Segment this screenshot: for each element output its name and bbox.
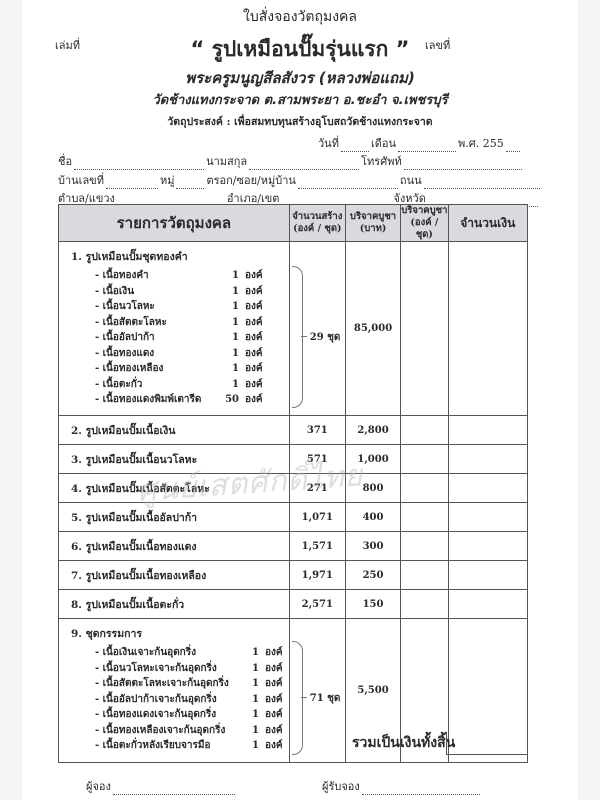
produced-value: 29 ชุด bbox=[310, 330, 341, 345]
amount-input[interactable] bbox=[448, 561, 527, 590]
receiver-signature: ผู้รับจอง bbox=[322, 777, 482, 795]
group-items: - เนื้อทองคำ1องค์- เนื้อเงิน1องค์- เนื้อ… bbox=[71, 268, 289, 408]
donation-cell: 150 bbox=[345, 590, 400, 619]
donation-cell: 85,000 bbox=[345, 242, 400, 416]
sub-item-name: - เนื้อทองเหลืองเจาะก้นอุดกริ่ง bbox=[71, 723, 245, 738]
road-field[interactable] bbox=[424, 176, 540, 189]
group-items: - เนื้อเงินเจาะก้นอุดกริ่ง1องค์- เนื้อนว… bbox=[71, 645, 289, 754]
sub-item-name: - เนื้อทองแดงพิมพ์เตารีด bbox=[71, 392, 225, 407]
group-gold-set: 1. รูปเหมือนปั๊มชุดทองคำ - เนื้อทองคำ1อง… bbox=[59, 242, 290, 416]
item-name: 7. รูปเหมือนปั๊มเนื้อทองเหลือง bbox=[59, 561, 290, 590]
brace-icon bbox=[292, 266, 303, 408]
sub-item-name: - เนื้อทองเหลือง bbox=[71, 361, 225, 376]
phone-field[interactable] bbox=[404, 157, 522, 170]
sub-item: - เนื้อนวโลหะเจาะก้นอุดกริ่ง1องค์ bbox=[71, 661, 289, 677]
table-row: 7. รูปเหมือนปั๊มเนื้อทองเหลือง1,971250 bbox=[59, 561, 528, 590]
sub-item: - เนื้อทองเหลือง1องค์ bbox=[71, 361, 289, 377]
sub-item: - เนื้อเงินเจาะก้นอุดกริ่ง1องค์ bbox=[71, 645, 289, 661]
first-name-label: ชื่อ bbox=[58, 152, 72, 170]
sub-item-qty: 50 bbox=[225, 394, 239, 405]
grand-total-input[interactable] bbox=[446, 732, 528, 755]
sub-item: - เนื้อตะกั่วหลังเรียบจารมือ1องค์ bbox=[71, 738, 289, 754]
item-name: 3. รูปเหมือนปั๊มเนื้อนวโลหะ bbox=[59, 445, 290, 474]
sub-item: - เนื้ออัลปาก้า1องค์ bbox=[71, 330, 289, 346]
orderer-label: ผู้จอง bbox=[86, 777, 111, 795]
sub-item-unit: องค์ bbox=[245, 299, 263, 314]
sub-item-unit: องค์ bbox=[265, 661, 283, 676]
donation-qty-input[interactable] bbox=[401, 416, 448, 445]
temple-address: วัดช้างแทงกระจาด ต.สามพระยา อ.ชะอำ จ.เพช… bbox=[22, 89, 578, 110]
sub-item-unit: องค์ bbox=[245, 268, 263, 283]
produced-cell: 71 ชุด bbox=[289, 619, 345, 763]
sub-item-qty: 1 bbox=[245, 663, 259, 674]
table-header-row: รายการวัตถุมงคล จำนวนสร้าง (องค์ / ชุด) … bbox=[59, 205, 528, 242]
donation-qty-input[interactable] bbox=[401, 532, 448, 561]
sub-item-qty: 1 bbox=[225, 379, 239, 390]
item-name: 6. รูปเหมือนปั๊มเนื้อทองแดง bbox=[59, 532, 290, 561]
sub-item-qty: 1 bbox=[225, 301, 239, 312]
donation-qty-input[interactable] bbox=[401, 445, 448, 474]
sub-item-name: - เนื้อทองแดงเจาะก้นอุดกริ่ง bbox=[71, 707, 245, 722]
sub-item: - เนื้อสัตตะโลหะเจาะก้นอุดกริ่ง1องค์ bbox=[71, 676, 289, 692]
brace-icon bbox=[292, 641, 303, 755]
last-name-label: นามสกุล bbox=[206, 152, 247, 170]
receiver-label: ผู้รับจอง bbox=[322, 777, 360, 795]
table-row: 1. รูปเหมือนปั๊มชุดทองคำ - เนื้อทองคำ1อง… bbox=[59, 242, 528, 416]
last-name-field[interactable] bbox=[249, 157, 359, 170]
sub-item-unit: องค์ bbox=[245, 377, 263, 392]
sub-item: - เนื้อนวโลหะ1องค์ bbox=[71, 299, 289, 315]
sub-item-qty: 1 bbox=[225, 348, 239, 359]
donation-cell: 2,800 bbox=[345, 416, 400, 445]
sub-item-name: - เนื้อสัตตะโลหะ bbox=[71, 315, 225, 330]
sub-item: - เนื้ออัลปาก้าเจาะก้นอุดกริ่ง1องค์ bbox=[71, 692, 289, 708]
table-row: 3. รูปเหมือนปั๊มเนื้อนวโลหะ5711,000 bbox=[59, 445, 528, 474]
house-no-field[interactable] bbox=[106, 176, 158, 189]
produced-cell: 2,571 bbox=[289, 590, 345, 619]
table-row: 4. รูปเหมือนปั๊มเนื้อสัตตะโลหะ271800 bbox=[59, 474, 528, 503]
house-no-label: บ้านเลขที่ bbox=[58, 171, 104, 189]
donation-qty-input[interactable] bbox=[401, 474, 448, 503]
item-name: 2. รูปเหมือนปั๊มเนื้อเงิน bbox=[59, 416, 290, 445]
header-produced: จำนวนสร้าง (องค์ / ชุด) bbox=[289, 205, 345, 242]
amount-input[interactable] bbox=[448, 445, 527, 474]
sub-item: - เนื้อทองแดงพิมพ์เตารีด50องค์ bbox=[71, 392, 289, 408]
donation-cell: 250 bbox=[345, 561, 400, 590]
alley-label: ตรอก/ซอย/หมู่บ้าน bbox=[206, 171, 295, 189]
road-label: ถนน bbox=[400, 171, 422, 189]
sub-item-name: - เนื้อตะกั่วหลังเรียบจารมือ bbox=[71, 738, 245, 753]
sub-item-unit: องค์ bbox=[245, 330, 263, 345]
sub-item-name: - เนื้อตะกั่ว bbox=[71, 377, 225, 392]
sub-item-unit: องค์ bbox=[245, 315, 263, 330]
produced-cell: 1,071 bbox=[289, 503, 345, 532]
sub-item-unit: องค์ bbox=[245, 346, 263, 361]
date-row: วันที่ เดือน พ.ศ. 255 bbox=[318, 134, 522, 152]
header-produced-line1: จำนวนสร้าง bbox=[290, 211, 345, 223]
donation-cell: 300 bbox=[345, 532, 400, 561]
group-title: 1. รูปเหมือนปั๊มชุดทองคำ bbox=[71, 248, 289, 265]
amount-input[interactable] bbox=[448, 532, 527, 561]
produced-cell: 29 ชุด bbox=[289, 242, 345, 416]
sub-item: - เนื้อทองแดง1องค์ bbox=[71, 346, 289, 362]
header-donation-qty: บริจาคบูชา (องค์ / ชุด) bbox=[401, 205, 448, 242]
produced-cell: 271 bbox=[289, 474, 345, 503]
produced-cell: 1,971 bbox=[289, 561, 345, 590]
sub-item-unit: องค์ bbox=[265, 723, 283, 738]
item-name: 8. รูปเหมือนปั๊มเนื้อตะกั่ว bbox=[59, 590, 290, 619]
amount-input[interactable] bbox=[448, 242, 527, 416]
name-row: ชื่อ นามสกุล โทรศัพท์ bbox=[58, 152, 524, 170]
monk-name: พระครูมนูญสีลสังวร (หลวงพ่อแถม) bbox=[22, 66, 578, 90]
produced-cell: 571 bbox=[289, 445, 345, 474]
amount-input[interactable] bbox=[448, 590, 527, 619]
table-row: 6. รูปเหมือนปั๊มเนื้อทองแดง1,571300 bbox=[59, 532, 528, 561]
sub-item-unit: องค์ bbox=[265, 738, 283, 753]
sub-item-qty: 1 bbox=[225, 286, 239, 297]
moo-label: หมู่ bbox=[160, 171, 175, 189]
donation-qty-input[interactable] bbox=[401, 503, 448, 532]
sub-item-qty: 1 bbox=[245, 725, 259, 736]
header-donation-qty-line2: (องค์ / ชุด) bbox=[401, 217, 447, 241]
sub-item-name: - เนื้อเงินเจาะก้นอุดกริ่ง bbox=[71, 645, 245, 660]
date-month-label: เดือน bbox=[371, 134, 396, 152]
produced-cell: 371 bbox=[289, 416, 345, 445]
sub-item-qty: 1 bbox=[225, 270, 239, 281]
table-row: 8. รูปเหมือนปั๊มเนื้อตะกั่ว2,571150 bbox=[59, 590, 528, 619]
sub-item-unit: องค์ bbox=[245, 361, 263, 376]
header-donation-qty-line1: บริจาคบูชา bbox=[401, 205, 447, 217]
group-committee-set: 9. ชุดกรรมการ - เนื้อเงินเจาะก้นอุดกริ่ง… bbox=[59, 619, 290, 763]
sub-item-name: - เนื้อทองแดง bbox=[71, 346, 225, 361]
form-type: ใบสั่งจองวัตถุมงคล bbox=[22, 6, 578, 28]
orderer-field[interactable] bbox=[113, 782, 235, 795]
sub-item: - เนื้อสัตตะโลหะ1องค์ bbox=[71, 315, 289, 331]
donation-cell: 800 bbox=[345, 474, 400, 503]
date-year-field[interactable] bbox=[506, 139, 520, 152]
date-year-label: พ.ศ. 255 bbox=[458, 134, 504, 152]
item-name: 5. รูปเหมือนปั๊มเนื้ออัลปาก้า bbox=[59, 503, 290, 532]
sub-item-qty: 1 bbox=[245, 709, 259, 720]
phone-label: โทรศัพท์ bbox=[361, 152, 402, 170]
produced-value: 71 ชุด bbox=[310, 691, 341, 706]
group-title: 9. ชุดกรรมการ bbox=[71, 625, 289, 642]
donation-qty-input[interactable] bbox=[401, 561, 448, 590]
header-donation-baht-line2: (บาท) bbox=[346, 223, 400, 235]
page-title: “ รูปเหมือนปั๊มรุ่นแรก ” bbox=[22, 33, 578, 66]
header-item: รายการวัตถุมงคล bbox=[59, 205, 290, 242]
order-form-page: ใบสั่งจองวัตถุมงคล เล่มที่ เลขที่ “ รูปเ… bbox=[22, 0, 578, 800]
items-table: รายการวัตถุมงคล จำนวนสร้าง (องค์ / ชุด) … bbox=[58, 204, 528, 763]
donation-qty-input[interactable] bbox=[401, 242, 448, 416]
receiver-field[interactable] bbox=[362, 782, 480, 795]
item-name: 4. รูปเหมือนปั๊มเนื้อสัตตะโลหะ bbox=[59, 474, 290, 503]
sub-item-qty: 1 bbox=[225, 317, 239, 328]
amount-input[interactable] bbox=[448, 503, 527, 532]
sub-item-name: - เนื้ออัลปาก้า bbox=[71, 330, 225, 345]
amount-input[interactable] bbox=[448, 474, 527, 503]
sub-item-name: - เนื้อสัตตะโลหะเจาะก้นอุดกริ่ง bbox=[71, 676, 245, 691]
sub-item: - เนื้อเงิน1องค์ bbox=[71, 284, 289, 300]
header-amount: จำนวนเงิน bbox=[448, 205, 527, 242]
address-row: บ้านเลขที่ หมู่ ตรอก/ซอย/หมู่บ้าน ถนน bbox=[58, 171, 542, 189]
moo-field[interactable] bbox=[176, 176, 204, 189]
donation-qty-input[interactable] bbox=[401, 590, 448, 619]
donation-cell: 400 bbox=[345, 503, 400, 532]
alley-field[interactable] bbox=[298, 176, 398, 189]
brace-point bbox=[301, 697, 307, 698]
date-month-field[interactable] bbox=[398, 139, 456, 152]
sub-item-unit: องค์ bbox=[245, 284, 263, 299]
sub-item-qty: 1 bbox=[245, 678, 259, 689]
sub-item-unit: องค์ bbox=[265, 676, 283, 691]
sub-item-name: - เนื้ออัลปาก้าเจาะก้นอุดกริ่ง bbox=[71, 692, 245, 707]
sub-item: - เนื้อทองแดงเจาะก้นอุดกริ่ง1องค์ bbox=[71, 707, 289, 723]
sub-item: - เนื้อทองคำ1องค์ bbox=[71, 268, 289, 284]
brace-point bbox=[301, 336, 307, 337]
sub-item-qty: 1 bbox=[225, 332, 239, 343]
sub-item-qty: 1 bbox=[245, 740, 259, 751]
sub-item-name: - เนื้อเงิน bbox=[71, 284, 225, 299]
sub-item-unit: องค์ bbox=[265, 692, 283, 707]
sub-item-qty: 1 bbox=[245, 647, 259, 658]
grand-total-label: รวมเป็นเงินทั้งสิ้น bbox=[352, 732, 455, 754]
table-row: 5. รูปเหมือนปั๊มเนื้ออัลปาก้า1,071400 bbox=[59, 503, 528, 532]
date-day-field[interactable] bbox=[341, 139, 369, 152]
sub-item-qty: 1 bbox=[225, 363, 239, 374]
table-row: 2. รูปเหมือนปั๊มเนื้อเงิน3712,800 bbox=[59, 416, 528, 445]
sub-item-unit: องค์ bbox=[265, 645, 283, 660]
first-name-field[interactable] bbox=[74, 157, 204, 170]
orderer-signature: ผู้จอง bbox=[86, 777, 237, 795]
sub-item: - เนื้อตะกั่ว1องค์ bbox=[71, 377, 289, 393]
sub-item-name: - เนื้อนวโลหะเจาะก้นอุดกริ่ง bbox=[71, 661, 245, 676]
purpose-text: วัตถุประสงค์ : เพื่อสมทบทุนสร้างอุโบสถวั… bbox=[22, 113, 578, 130]
header-donation-baht: บริจาคบูชา (บาท) bbox=[345, 205, 400, 242]
sub-item-unit: องค์ bbox=[245, 392, 263, 407]
produced-cell: 1,571 bbox=[289, 532, 345, 561]
amount-input[interactable] bbox=[448, 416, 527, 445]
sub-item-qty: 1 bbox=[245, 694, 259, 705]
sub-item-unit: องค์ bbox=[265, 707, 283, 722]
header-donation-baht-line1: บริจาคบูชา bbox=[346, 211, 400, 223]
date-day-label: วันที่ bbox=[318, 134, 339, 152]
sub-item-name: - เนื้อนวโลหะ bbox=[71, 299, 225, 314]
donation-cell: 1,000 bbox=[345, 445, 400, 474]
sub-item-name: - เนื้อทองคำ bbox=[71, 268, 225, 283]
header-produced-line2: (องค์ / ชุด) bbox=[290, 223, 345, 235]
sub-item: - เนื้อทองเหลืองเจาะก้นอุดกริ่ง1องค์ bbox=[71, 723, 289, 739]
